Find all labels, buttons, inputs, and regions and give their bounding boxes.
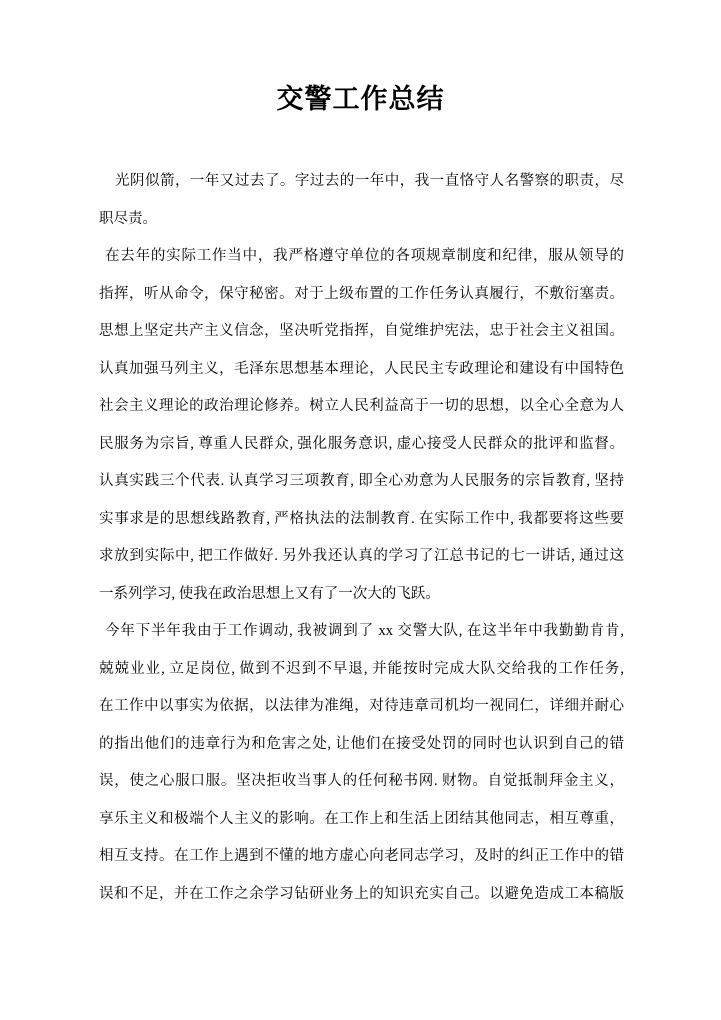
paragraph-line: 职尽责。 <box>99 201 624 239</box>
paragraph: 光阴似箭，一年又过去了。字过去的一年中，我一直恪守人名警察的职责，尽职尽责。 <box>99 163 624 238</box>
paragraph-line: 误和不足，并在工作之余学习钻研业务上的知识充实自己。以避免造成工本稿版 <box>99 876 624 914</box>
paragraph-line: 兢兢业业, 立足岗位, 做到不迟到不早退, 并能按时完成大队交给我的工作任务, <box>99 651 624 689</box>
paragraph-line: 认真加强马列主义，毛泽东思想基本理论，人民民主专政理论和建设有中国特色 <box>99 351 624 389</box>
paragraph-line: 实事求是的思想线路教育, 严格执法的法制教育. 在实际工作中, 我都要将这些要 <box>99 501 624 539</box>
paragraph-line: 民服务为宗旨, 尊重人民群众, 强化服务意识, 虚心接受人民群众的批评和监督。 <box>99 426 624 464</box>
paragraph: 今年下半年我由于工作调动, 我被调到了 xx 交警大队, 在这半年中我勤勤肯肯,… <box>99 613 624 913</box>
paragraph-line: 误，使之心服口服。坚决拒收当事人的任何秘书网. 财物。自觉抵制拜金主义， <box>99 763 624 801</box>
paragraph-line: 今年下半年我由于工作调动, 我被调到了 xx 交警大队, 在这半年中我勤勤肯肯, <box>99 613 624 651</box>
document-body: 光阴似箭，一年又过去了。字过去的一年中，我一直恪守人名警察的职责，尽职尽责。在去… <box>99 163 624 913</box>
paragraph-line: 思想上坚定共产主义信念，坚决听党指挥，自觉维护宪法，忠于社会主义祖国。 <box>99 313 624 351</box>
document-page: 交警工作总结 光阴似箭，一年又过去了。字过去的一年中，我一直恪守人名警察的职责，… <box>0 0 721 1020</box>
paragraph-line: 的指出他们的违章行为和危害之处, 让他们在接受处罚的同时也认识到自己的错 <box>99 726 624 764</box>
paragraph-line: 相互支持。在工作上遇到不懂的地方虚心向老同志学习，及时的纠正工作中的错 <box>99 838 624 876</box>
paragraph-line: 社会主义理论的政治理论修养。树立人民利益高于一切的思想，以全心全意为人 <box>99 388 624 426</box>
paragraph-line: 在去年的实际工作当中，我严格遵守单位的各项规章制度和纪律，服从领导的 <box>99 238 624 276</box>
paragraph: 在去年的实际工作当中，我严格遵守单位的各项规章制度和纪律，服从领导的指挥，听从命… <box>99 238 624 613</box>
paragraph-line: 光阴似箭，一年又过去了。字过去的一年中，我一直恪守人名警察的职责，尽 <box>99 163 624 201</box>
paragraph-line: 指挥，听从命令，保守秘密。对于上级布置的工作任务认真履行，不敷衍塞责。 <box>99 276 624 314</box>
paragraph-line: 享乐主义和极端个人主义的影响。在工作上和生活上团结其他同志，相互尊重， <box>99 801 624 839</box>
paragraph-line: 求放到实际中, 把工作做好. 另外我还认真的学习了江总书记的七一讲话, 通过这 <box>99 538 624 576</box>
document-title: 交警工作总结 <box>0 83 721 117</box>
paragraph-line: 在工作中以事实为依据，以法律为准绳，对待违章司机均一视同仁，详细并耐心 <box>99 688 624 726</box>
paragraph-line: 认真实践三个代表. 认真学习三项教育, 即全心劝意为人民服务的宗旨教育, 坚持 <box>99 463 624 501</box>
paragraph-line: 一系列学习, 使我在政治思想上又有了一次大的飞跃。 <box>99 576 624 614</box>
